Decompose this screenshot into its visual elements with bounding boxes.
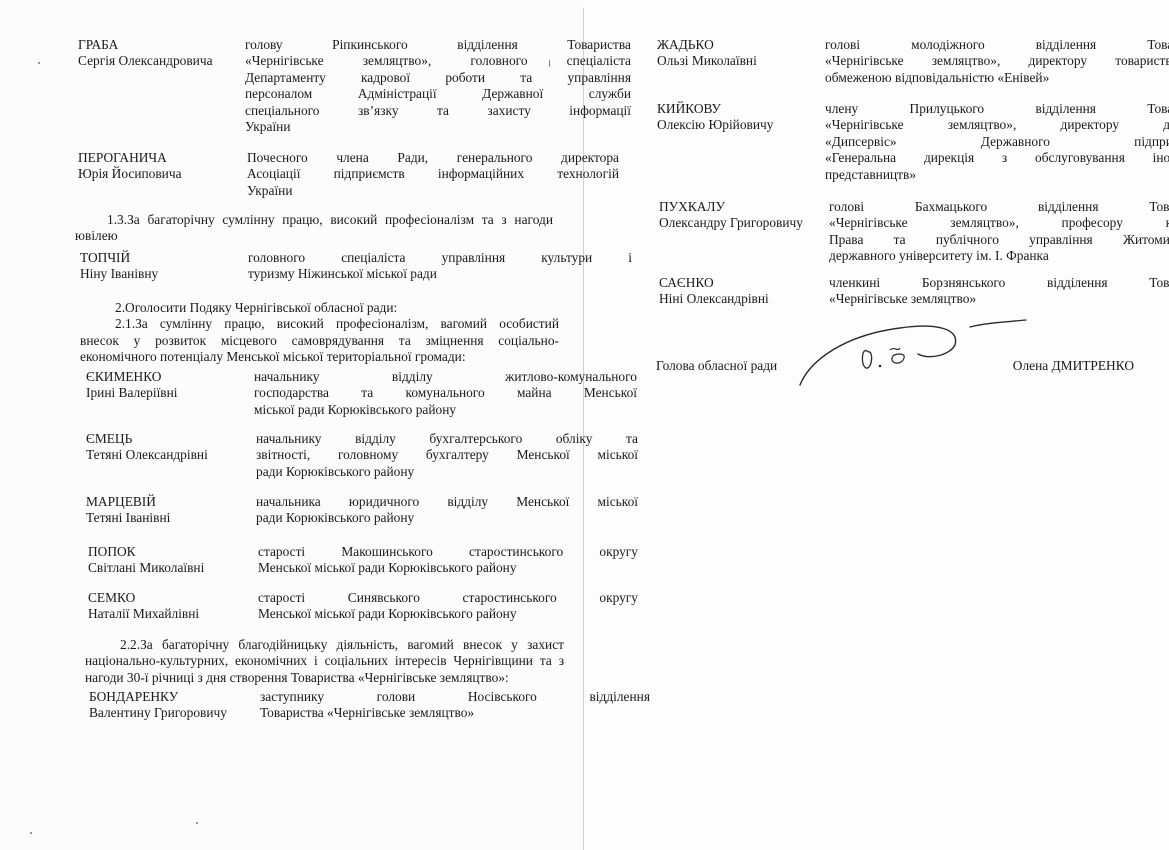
recipient-description: начальнику відділу житлово-комунального …	[254, 369, 637, 418]
recipient-description: начальника юридичного відділу Менської м…	[256, 494, 638, 527]
recipient-name: ПУХКАЛУ Олександру Григоровичу	[659, 199, 829, 232]
recipient-given-name: Світлані Миколаївні	[88, 560, 258, 576]
recipient-name: МАРЦЕВІЙ Тетяні Іванівні	[86, 494, 256, 527]
scan-speck	[196, 822, 198, 824]
handwritten-signature-icon	[790, 310, 1040, 390]
recipient-given-name: Юрія Йосиповича	[78, 166, 248, 182]
recipient-description: голові молодіжного відділення Товариства…	[825, 37, 1169, 86]
recipient-given-name: Ніні Олександрівні	[659, 291, 829, 307]
recipient-name: ГРАБА Сергія Олександровича	[78, 37, 248, 70]
recipient-name: ПЕРОГАНИЧА Юрія Йосиповича	[78, 150, 248, 183]
recipient-name: БОНДАРЕНКУ Валентину Григоровичу	[89, 689, 259, 722]
recipient-surname: ПЕРОГАНИЧА	[78, 150, 248, 166]
scan-speck	[38, 62, 40, 64]
recipient-name: ЖАДЬКО Ользі Миколаївні	[657, 37, 827, 70]
recipient-surname: БОНДАРЕНКУ	[89, 689, 259, 705]
recipient-surname: СЕМКО	[88, 590, 258, 606]
recipient-description: членкині Борзнянського відділення Товари…	[829, 275, 1169, 308]
recipient-given-name: Олексію Юрійовичу	[657, 117, 827, 133]
recipient-surname: ГРАБА	[78, 37, 248, 53]
recipient-given-name: Ользі Миколаївні	[657, 53, 827, 69]
scan-speck	[30, 832, 32, 834]
recipient-surname: КИЙКОВУ	[657, 101, 827, 117]
recipient-given-name: Валентину Григоровичу	[89, 705, 259, 721]
recipient-name: ТОПЧІЙ Ніну Іванівну	[80, 250, 250, 283]
recipient-surname: ЄКИМЕНКО	[86, 369, 256, 385]
scan-speck	[549, 60, 550, 67]
recipient-description: старості Синявського старостинського окр…	[258, 590, 638, 623]
recipient-name: САЄНКО Ніні Олександрівні	[659, 275, 829, 308]
recipient-description: голову Ріпкинського відділення Товариств…	[245, 37, 631, 135]
section-heading: 2.Оголосити Подяку Чернігівської обласно…	[80, 300, 559, 316]
recipient-surname: ПУХКАЛУ	[659, 199, 829, 215]
recipient-given-name: Тетяні Іванівні	[86, 510, 256, 526]
recipient-given-name: Ірині Валеріївні	[86, 385, 256, 401]
recipient-description: старості Макошинського старостинського о…	[258, 544, 638, 577]
recipient-description: начальнику відділу бухгалтерського облік…	[256, 431, 638, 480]
recipient-given-name: Олександру Григоровичу	[659, 215, 829, 231]
recipient-description: члену Прилуцького відділення Товариства …	[825, 101, 1169, 183]
recipient-name: СЕМКО Наталії Михайлівні	[88, 590, 258, 623]
section-2: 2.Оголосити Подяку Чернігівської обласно…	[80, 300, 559, 366]
recipient-surname: ЖАДЬКО	[657, 37, 827, 53]
recipient-name: ЄКИМЕНКО Ірині Валеріївні	[86, 369, 256, 402]
recipient-given-name: Ніну Іванівну	[80, 266, 250, 282]
recipient-description: головного спеціаліста управління культур…	[248, 250, 632, 283]
recipient-name: ЄМЕЦЬ Тетяні Олександрівні	[86, 431, 256, 464]
recipient-given-name: Тетяні Олександрівні	[86, 447, 256, 463]
recipient-description: голові Бахмацького відділення Товариства…	[829, 199, 1169, 265]
section-1-3: 1.3.За багаторічну сумлінну працю, висок…	[75, 212, 553, 245]
recipient-description: Почесного члена Ради, генерального дирек…	[247, 150, 619, 199]
recipient-surname: ПОПОК	[88, 544, 258, 560]
recipient-surname: ТОПЧІЙ	[80, 250, 250, 266]
recipient-surname: ЄМЕЦЬ	[86, 431, 256, 447]
signatory-position: Голова обласної ради	[656, 358, 777, 374]
recipient-description: заступнику голови Носівського відділення…	[260, 689, 650, 722]
section-2-2: 2.2.За багаторічну благодійницьку діяльн…	[85, 637, 564, 686]
recipient-given-name: Сергія Олександровича	[78, 53, 248, 69]
recipient-surname: МАРЦЕВІЙ	[86, 494, 256, 510]
recipient-given-name: Наталії Михайлівні	[88, 606, 258, 622]
recipient-name: КИЙКОВУ Олексію Юрійовичу	[657, 101, 827, 134]
recipient-name: ПОПОК Світлані Миколаївні	[88, 544, 258, 577]
recipient-surname: САЄНКО	[659, 275, 829, 291]
